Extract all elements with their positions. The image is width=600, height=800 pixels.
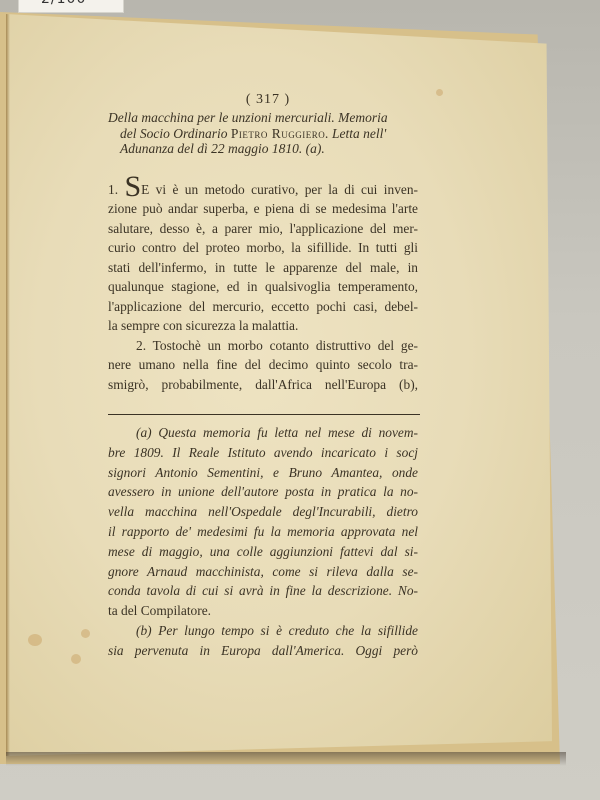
footnote-a-line: conda tavola di cui si avrà in fine la d… xyxy=(108,581,418,601)
catalog-tag: 2/100 xyxy=(18,0,124,13)
title-line-1: Della macchina per le unzioni mercuriali… xyxy=(108,110,388,125)
title-suffix: . Letta nell' xyxy=(325,126,386,141)
footnote-a-line: bre 1809. Il Reale Istituto avendo incar… xyxy=(108,443,418,463)
paragraph-1-line: la sempre con sicurezza la malattia. xyxy=(108,316,418,336)
footnote-a-line: vella macchina nell'Ospedale degl'Incura… xyxy=(108,502,418,522)
paragraph-1-line: qualunque stagione, ed in qualsivoglia t… xyxy=(108,277,418,297)
paragraph-2-line: nere umano nella fine del decimo quinto … xyxy=(108,355,418,375)
footnote-b-line: sia pervenuta in Europa dall'America. Og… xyxy=(108,641,418,661)
footnote-a-line: (a) Questa memoria fu letta nel mese di … xyxy=(108,423,418,443)
page-shadow xyxy=(6,752,566,766)
paragraph-1-line: stati dell'infermo, in tutte le apparenz… xyxy=(108,258,418,278)
footnote-a-line: ta del Compilatore. xyxy=(108,601,418,621)
line-text: E vi è un metodo curativo, per la di cui… xyxy=(141,182,418,197)
article-title: Della macchina per le unzioni mercuriali… xyxy=(108,110,418,157)
title-line-2: del Socio Ordinario Pietro Ruggiero. Let… xyxy=(108,126,418,142)
body-text: 1. SE vi è un metodo curativo, per la di… xyxy=(108,179,418,395)
foxing-stain xyxy=(81,629,90,638)
footnote-a-line: signori Antonio Sementini, e Bruno Amant… xyxy=(108,463,418,483)
paragraph-1-line: zione può andar superba, e piena di se m… xyxy=(108,199,418,219)
paragraph-1-line: 1. SE vi è un metodo curativo, per la di… xyxy=(108,179,418,200)
catalog-tag-text: 2/100 xyxy=(41,0,86,7)
footnote-divider xyxy=(108,414,420,415)
paragraph-2-line: 2. Tostochè un morbo cotanto distruttivo… xyxy=(108,336,418,356)
author-name: Pietro Ruggiero xyxy=(231,126,325,141)
title-line-3: Adunanza del dì 22 maggio 1810. (a). xyxy=(108,141,418,157)
title-prefix: del Socio Ordinario xyxy=(120,126,228,141)
drop-cap: S xyxy=(124,170,141,203)
footnote-a-line: il rapporto de' medesimi fu la memoria a… xyxy=(108,522,418,542)
footnote-a-line: avessero in unione dell'autore posta in … xyxy=(108,482,418,502)
footnote-a-line: gnore Arnaud macchinista, come si rileva… xyxy=(108,562,418,582)
paragraph-1-line: curio contro del proteo morbo, la sifill… xyxy=(108,238,418,258)
foxing-stain xyxy=(436,89,443,96)
foxing-stain xyxy=(28,634,42,646)
paragraph-number: 1. xyxy=(108,182,118,197)
page-content: ( 317 ) Della macchina per le unzioni me… xyxy=(108,92,418,661)
paragraph-2-line: smigrò, probabilmente, dall'Africa nell'… xyxy=(108,375,418,395)
foxing-stain xyxy=(71,654,81,664)
footnote-b-line: (b) Per lungo tempo si è creduto che la … xyxy=(108,621,418,641)
footnotes: (a) Questa memoria fu letta nel mese di … xyxy=(108,423,418,661)
footnote-a-line: mese di maggio, una colle aggiunzioni fa… xyxy=(108,542,418,562)
paragraph-1-line: salutare, desso è, a parer mio, l'applic… xyxy=(108,219,418,239)
page-number: ( 317 ) xyxy=(118,92,418,108)
paragraph-1-line: l'applicazione del mercurio, eccetto poc… xyxy=(108,297,418,317)
